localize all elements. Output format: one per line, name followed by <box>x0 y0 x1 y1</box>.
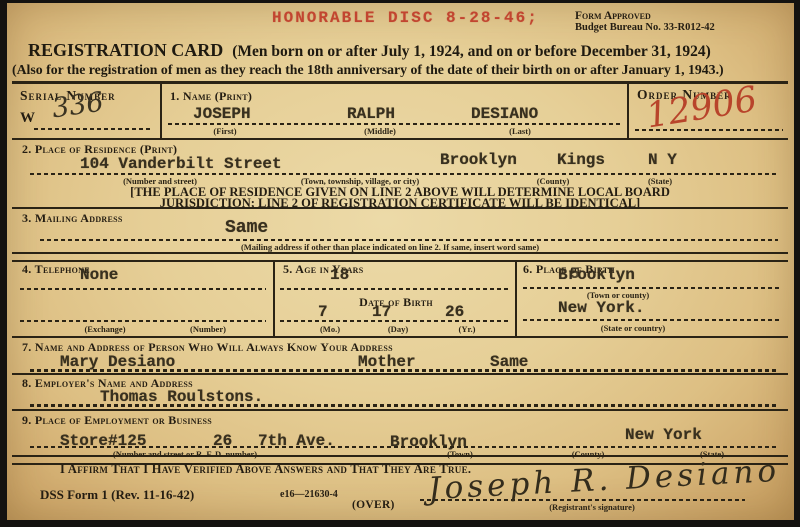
affirmation-text: I Affirm That I Have Verified Above Answ… <box>60 462 471 477</box>
residence-city-value: Brooklyn <box>440 151 517 169</box>
contact-dashline <box>30 369 778 372</box>
dob-day-value: 17 <box>372 303 391 321</box>
scanned-registration-card: HONORABLE DISC 8-28-46; Form Approved Bu… <box>0 0 800 527</box>
form-approved-label: Form Approved <box>575 10 651 22</box>
number-caption: (Number) <box>190 324 226 334</box>
serial-dashline <box>34 128 152 130</box>
mailing-value: Same <box>225 218 268 238</box>
telephone-value: None <box>80 266 118 284</box>
name-first-value: JOSEPH <box>193 105 251 123</box>
residence-county-value: Kings <box>557 151 605 169</box>
employment-dashline <box>30 446 778 448</box>
birth-state-value: New York. <box>558 299 644 317</box>
over-label: (OVER) <box>352 499 395 511</box>
order-dashline <box>635 129 783 131</box>
row1-bottom-rule <box>12 138 788 140</box>
age-dashline <box>280 288 510 290</box>
row6-bottom-rule <box>12 409 788 411</box>
divider-name-order <box>627 84 629 139</box>
birth-state-dashline <box>523 319 781 321</box>
mailing-caption: (Mailing address if other than place ind… <box>241 242 539 252</box>
row4-bottom-rule <box>12 336 788 338</box>
card-title: REGISTRATION CARD <box>28 40 223 60</box>
divider-tel-age <box>273 260 275 337</box>
residence-dashline <box>30 173 778 175</box>
mailing-dashline <box>40 239 778 241</box>
employment-label: 9. Place of Employment or Business <box>22 413 212 428</box>
employment-state-value: New York <box>625 426 702 444</box>
row3-bottom-double-rule <box>12 252 788 262</box>
birth-state-caption: (State or country) <box>601 323 666 333</box>
dob-label: Date of Birth <box>359 295 433 310</box>
telephone-dashline <box>20 288 266 290</box>
row2-bottom-rule <box>12 207 788 209</box>
middle-caption: (Middle) <box>364 126 396 136</box>
birth-town-overstrike: 5 <box>570 265 580 283</box>
dob-dashline <box>280 320 510 322</box>
name-dashline <box>168 123 620 125</box>
card-subtitle: (Also for the registration of men as the… <box>12 62 724 78</box>
form-id-row: DSS Form 1 (Rev. 11-16-42) <box>40 487 194 503</box>
telephone-dashline2 <box>20 320 266 322</box>
form-revision: (Rev. 11-16-42) <box>111 487 194 502</box>
dob-year-value: 26 <box>445 303 464 321</box>
eligibility-note: (Men born on or after July 1, 1924, and … <box>232 43 711 60</box>
name-label: 1. Name (Print) <box>170 89 252 104</box>
budget-bureau-number: Budget Bureau No. 33-R012-42 <box>575 22 715 34</box>
last-caption: (Last) <box>509 126 531 136</box>
divider-serial-name <box>160 84 162 139</box>
dob-month-value: 7 <box>318 303 328 321</box>
age-label: 5. Age in Years <box>283 262 364 277</box>
row5-bottom-rule <box>12 373 788 375</box>
birth-town-dashline <box>523 287 781 289</box>
first-caption: (First) <box>213 126 236 136</box>
day-caption: (Day) <box>388 324 408 334</box>
header-rule <box>12 81 788 84</box>
employer-dashline <box>30 404 778 407</box>
yr-caption: (Yr.) <box>459 324 476 334</box>
card-title-row: REGISTRATION CARD (Men born on or after … <box>28 40 711 61</box>
exchange-caption: (Exchange) <box>84 324 125 334</box>
mo-caption: (Mo.) <box>320 324 340 334</box>
form-id: DSS Form 1 <box>40 487 108 502</box>
honorable-discharge-stamp: HONORABLE DISC 8-28-46; <box>272 9 539 27</box>
signature-caption: (Registrant's signature) <box>549 502 635 512</box>
residence-street-value: 104 Vanderbilt Street <box>80 155 282 173</box>
age-value: 18 <box>330 266 349 284</box>
mailing-label: 3. Mailing Address <box>22 211 123 226</box>
divider-age-birth <box>515 260 517 337</box>
name-last-value: DESIANO <box>471 105 538 123</box>
print-code: e16—21630-4 <box>280 489 338 500</box>
residence-state-value: N Y <box>648 151 677 169</box>
serial-prefix: W <box>20 110 35 127</box>
name-middle-value: RALPH <box>347 105 395 123</box>
